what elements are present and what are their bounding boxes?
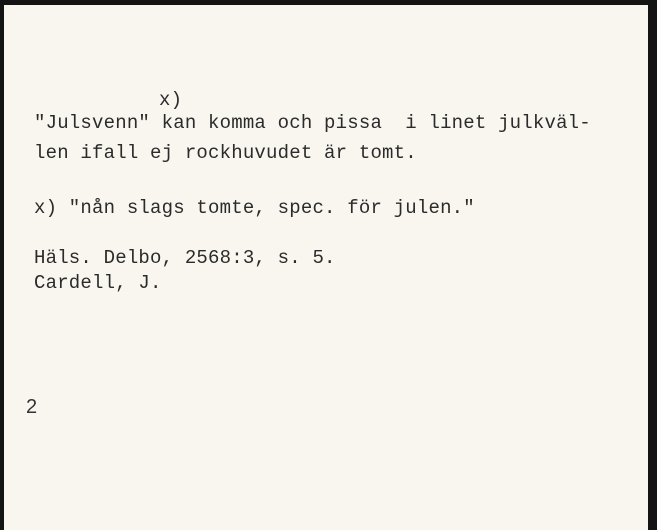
footnote-text: x) "nån slags tomte, spec. för julen." xyxy=(34,197,475,219)
footnote-marker: x) xyxy=(159,89,182,111)
card-text-line-2: len ifall ej rockhuvudet är tomt. xyxy=(34,142,417,164)
card-text-line-1: "Julsvenn" kan komma och pissa i linet j… xyxy=(34,112,591,134)
page-number: 2 xyxy=(26,396,37,419)
source-reference: Häls. Delbo, 2568:3, s. 5. xyxy=(34,247,336,269)
scanned-index-card: x) "Julsvenn" kan komma och pissa i line… xyxy=(0,0,657,530)
collector-name: Cardell, J. xyxy=(34,272,162,294)
